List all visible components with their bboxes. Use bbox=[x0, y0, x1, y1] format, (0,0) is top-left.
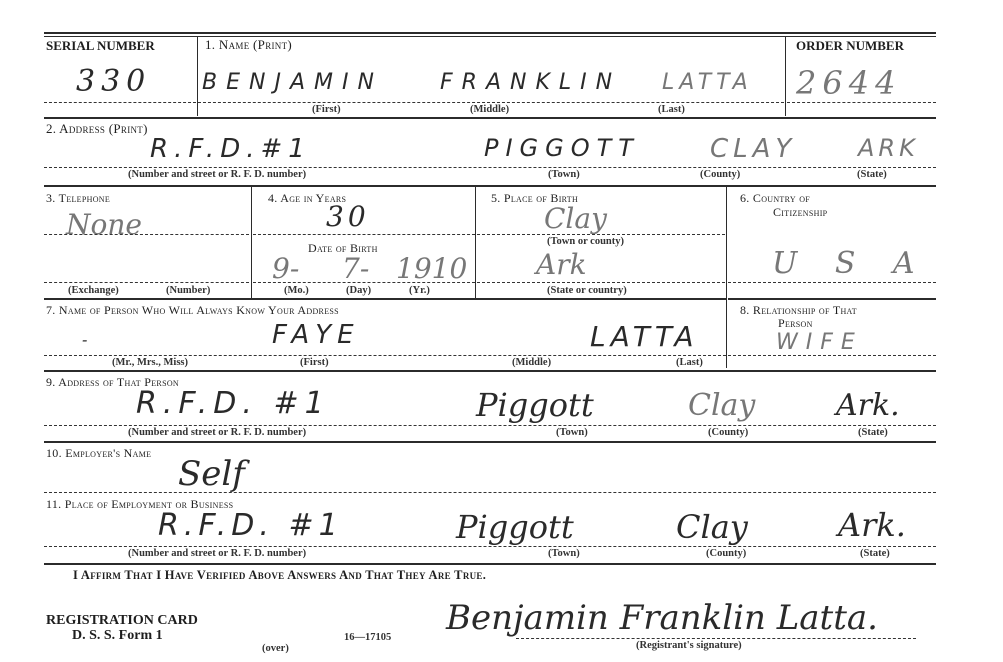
name-last-value: LATTA bbox=[662, 70, 753, 95]
age-line bbox=[253, 234, 475, 235]
divider bbox=[251, 186, 252, 298]
employment-town-caption: (Town) bbox=[548, 548, 580, 559]
dob-day-value: 7- bbox=[342, 252, 369, 285]
employer-value: Self bbox=[178, 454, 245, 494]
name-middle-caption: (Middle) bbox=[470, 104, 509, 115]
address-county-value: CLAY bbox=[710, 134, 796, 164]
telephone-line-2 bbox=[44, 282, 249, 283]
telephone-line bbox=[44, 234, 249, 235]
signature-line bbox=[516, 638, 916, 639]
dob-line bbox=[253, 282, 475, 283]
order-number-label: ORDER NUMBER bbox=[796, 38, 904, 54]
serial-number-label: SERIAL NUMBER bbox=[46, 38, 155, 54]
signature-caption: (Registrant's signature) bbox=[636, 640, 742, 651]
birth-town-line bbox=[477, 234, 725, 235]
name-line bbox=[198, 102, 784, 103]
rule bbox=[728, 298, 936, 300]
employer-line bbox=[44, 492, 936, 493]
name-label: 1. Name (Print) bbox=[205, 37, 292, 53]
dob-month-caption: (Mo.) bbox=[284, 285, 309, 296]
rule bbox=[44, 185, 936, 187]
citizenship-label-2: Citizenship bbox=[773, 205, 827, 220]
contact-title-caption: (Mr., Mrs., Miss) bbox=[112, 357, 188, 368]
telephone-label: 3. Telephone bbox=[46, 191, 110, 206]
address-county-caption: (County) bbox=[700, 169, 740, 180]
contact-street-value: R.F.D. #1 bbox=[136, 386, 330, 421]
relationship-label-2: Person bbox=[778, 316, 813, 331]
top-rule-inner bbox=[44, 36, 936, 37]
contact-street-caption: (Number and street or R. F. D. number) bbox=[128, 427, 306, 438]
birth-town-caption: (Town or county) bbox=[547, 236, 624, 247]
divider bbox=[475, 186, 476, 298]
divider bbox=[726, 186, 727, 368]
name-first-caption: (First) bbox=[312, 104, 341, 115]
serial-number-line bbox=[44, 102, 196, 103]
relationship-value: WIFE bbox=[776, 330, 863, 355]
contact-person-line bbox=[44, 355, 726, 356]
name-first-value: BENJAMIN bbox=[202, 70, 383, 95]
address-state-value: ARK bbox=[858, 134, 919, 162]
birth-town-value: Clay bbox=[544, 202, 607, 235]
employment-street-value: R.F.D. #1 bbox=[158, 508, 343, 543]
telephone-value: None bbox=[66, 208, 142, 241]
address-town-caption: (Town) bbox=[548, 169, 580, 180]
address-label: 2. Address (Print) bbox=[46, 121, 148, 137]
contact-town-caption: (Town) bbox=[556, 427, 588, 438]
rule bbox=[44, 298, 726, 300]
serial-number-value: 330 bbox=[76, 64, 151, 99]
citizenship-label-1: 6. Country of bbox=[740, 191, 810, 206]
dob-day-caption: (Day) bbox=[346, 285, 371, 296]
address-street-value: R.F.D.#1 bbox=[150, 134, 311, 164]
over-note: (over) bbox=[262, 643, 289, 654]
rule bbox=[44, 563, 936, 565]
print-code: 16—17105 bbox=[344, 632, 391, 643]
address-line bbox=[44, 167, 936, 168]
top-rule bbox=[44, 32, 936, 34]
telephone-number-caption: (Number) bbox=[166, 285, 210, 296]
address-state-caption: (State) bbox=[857, 169, 887, 180]
address-street-caption: (Number and street or R. F. D. number) bbox=[128, 169, 306, 180]
telephone-exchange-caption: (Exchange) bbox=[68, 285, 119, 296]
employment-town-value: Piggott bbox=[456, 508, 574, 546]
registrant-signature: Benjamin Franklin Latta. bbox=[446, 598, 878, 638]
contact-county-value: Clay bbox=[688, 388, 755, 423]
rule bbox=[44, 117, 936, 119]
employer-label: 10. Employer's Name bbox=[46, 446, 151, 461]
name-last-caption: (Last) bbox=[658, 104, 685, 115]
employment-place-line bbox=[44, 546, 936, 547]
birth-state-line bbox=[477, 282, 725, 283]
registration-card-title: REGISTRATION CARD bbox=[46, 613, 198, 629]
citizenship-value: U S A bbox=[772, 246, 929, 281]
address-town-value: PIGGOTT bbox=[484, 134, 640, 162]
contact-first-caption: (First) bbox=[300, 357, 329, 368]
contact-last-value: LATTA bbox=[590, 320, 699, 353]
contact-last-caption: (Last) bbox=[676, 357, 703, 368]
contact-state-value: Ark. bbox=[836, 388, 900, 423]
form-id: D. S. S. Form 1 bbox=[72, 628, 163, 644]
order-number-line bbox=[787, 102, 936, 103]
contact-person-label: 7. Name of Person Who Will Always Know Y… bbox=[46, 303, 339, 318]
employment-county-caption: (County) bbox=[706, 548, 746, 559]
birth-state-value: Ark bbox=[536, 248, 587, 281]
contact-title-value: - bbox=[82, 330, 87, 349]
rule bbox=[44, 370, 936, 372]
birth-state-caption: (State or country) bbox=[547, 285, 627, 296]
affirmation-text: I Affirm That I Have Verified Above Answ… bbox=[73, 568, 486, 583]
contact-address-line bbox=[44, 425, 936, 426]
contact-county-caption: (County) bbox=[708, 427, 748, 438]
divider bbox=[785, 36, 786, 116]
employment-state-value: Ark. bbox=[838, 506, 906, 544]
employment-state-caption: (State) bbox=[860, 548, 890, 559]
contact-town-value: Piggott bbox=[476, 386, 594, 424]
dob-month-value: 9- bbox=[272, 252, 299, 285]
rule bbox=[44, 441, 936, 443]
divider bbox=[197, 36, 198, 116]
contact-middle-caption: (Middle) bbox=[512, 357, 551, 368]
employment-county-value: Clay bbox=[676, 508, 748, 546]
dob-year-caption: (Yr.) bbox=[409, 285, 430, 296]
contact-first-value: FAYE bbox=[272, 320, 360, 350]
citizenship-line bbox=[728, 282, 936, 283]
order-number-value: 2644 bbox=[796, 64, 901, 102]
dob-year-value: 1910 bbox=[396, 252, 467, 285]
age-value: 30 bbox=[326, 200, 370, 233]
employment-street-caption: (Number and street or R. F. D. number) bbox=[128, 548, 306, 559]
relationship-line bbox=[728, 355, 936, 356]
name-middle-value: FRANKLIN bbox=[440, 70, 621, 95]
contact-state-caption: (State) bbox=[858, 427, 888, 438]
